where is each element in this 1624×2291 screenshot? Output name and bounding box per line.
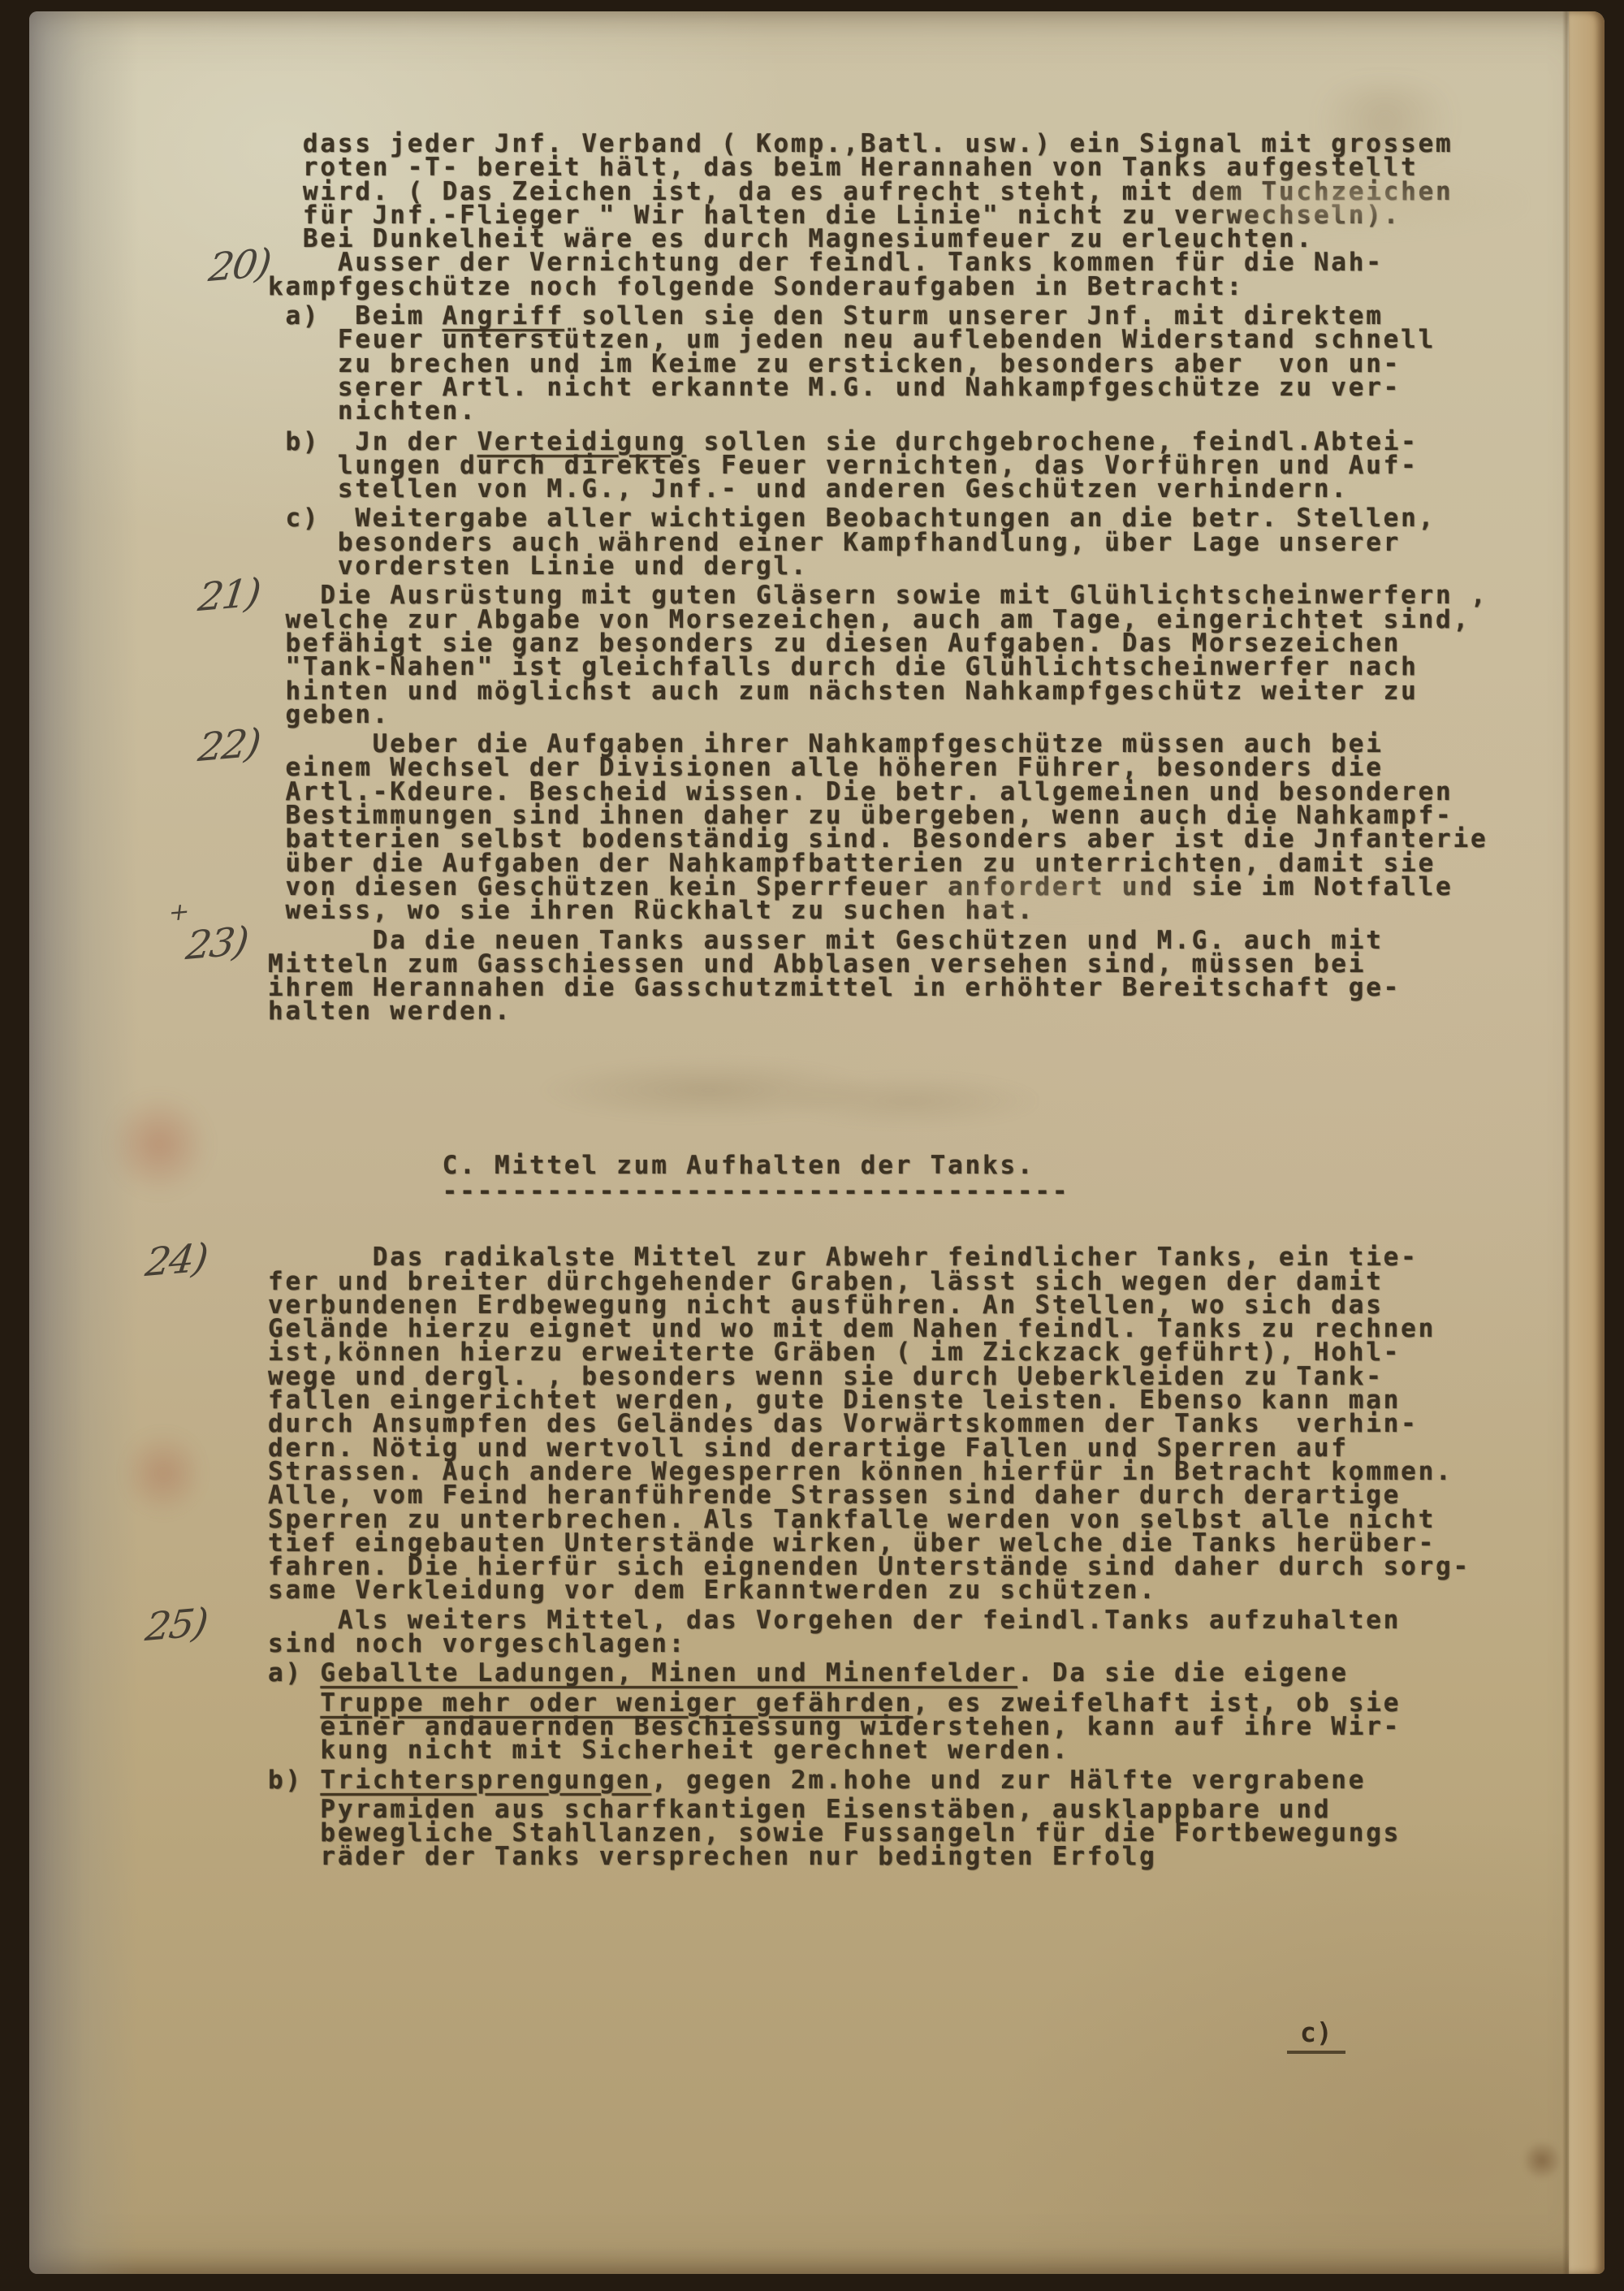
text-line: räder der Tanks versprechen nur bedingte… bbox=[268, 1845, 1488, 1869]
text-line: a) Geballte Ladungen, Minen und Minenfel… bbox=[268, 1662, 1488, 1685]
text-line: kung nicht mit Sicherheit gerechnet werd… bbox=[268, 1739, 1488, 1762]
text-line: nichten. bbox=[268, 400, 1488, 423]
text-segment: vordersten Linie und dergl. bbox=[268, 551, 808, 581]
underlined-phrase: Trichtersprengungen bbox=[320, 1766, 651, 1795]
handwritten-margin-number: 22) bbox=[196, 724, 261, 767]
text-segment: , gegen 2m.hohe und zur Hälfte vergraben… bbox=[651, 1766, 1366, 1795]
text-line: stellen von M.G., Jnf.- und anderen Gesc… bbox=[268, 478, 1488, 501]
text-line: halten werden. bbox=[268, 1000, 1488, 1023]
text-segment: geben. bbox=[268, 700, 390, 729]
text-segment: ------------------------------------ bbox=[268, 1177, 1069, 1206]
paper-stain bbox=[1523, 2139, 1561, 2181]
text-segment: same Verkleidung vor dem Erkanntwerden z… bbox=[268, 1576, 1157, 1605]
page-left-edge-shadow bbox=[29, 11, 139, 2274]
document-page: dass jeder Jnf. Verband ( Komp.,Batl. us… bbox=[29, 11, 1605, 2274]
text-line: kampfgeschütze noch folgende Sonderaufga… bbox=[268, 275, 1488, 299]
text-line: hinten und möglichst auch zum nächsten N… bbox=[268, 680, 1488, 703]
scanned-document-photo: dass jeder Jnf. Verband ( Komp.,Batl. us… bbox=[0, 0, 1624, 2291]
text-segment: räder der Tanks versprechen nur bedingte… bbox=[268, 1842, 1157, 1871]
text-segment: . Da sie die eigene bbox=[1017, 1658, 1349, 1688]
handwritten-margin-number: + bbox=[167, 900, 189, 926]
text-segment: C. Mittel zum Aufhalten der Tanks. bbox=[268, 1151, 1034, 1180]
section-heading-underline: ------------------------------------ bbox=[268, 1180, 1488, 1204]
typewritten-text: dass jeder Jnf. Verband ( Komp.,Batl. us… bbox=[268, 132, 1488, 1870]
text-segment: kampfgeschütze noch folgende Sonderaufga… bbox=[268, 272, 1244, 301]
handwritten-margin-number: 25) bbox=[143, 1603, 209, 1647]
text-segment: a) bbox=[268, 1658, 320, 1688]
text-line: geben. bbox=[268, 703, 1488, 727]
handwritten-margin-number: 20) bbox=[206, 244, 272, 287]
page-fold-crease bbox=[1562, 11, 1570, 2274]
handwritten-margin-number: 24) bbox=[143, 1238, 209, 1282]
catchword: c) bbox=[1287, 2019, 1345, 2054]
text-segment: halten werden. bbox=[268, 996, 512, 1026]
text-segment: weiss, wo sie ihren Rückhalt zu suchen h… bbox=[268, 896, 1034, 925]
text-line: same Verkleidung vor dem Erkanntwerden z… bbox=[268, 1579, 1488, 1602]
handwritten-margin-number: 23) bbox=[184, 921, 249, 965]
underlined-phrase: Geballte Ladungen, Minen und Minenfelder bbox=[320, 1658, 1017, 1688]
text-line: weiss, wo sie ihren Rückhalt zu suchen h… bbox=[268, 899, 1488, 923]
text-segment: nichten. bbox=[268, 396, 477, 426]
handwritten-margin-number: 21) bbox=[196, 573, 261, 617]
text-segment: kung nicht mit Sicherheit gerechnet werd… bbox=[268, 1736, 1069, 1765]
text-segment: sind noch vorgeschlagen: bbox=[268, 1629, 686, 1658]
section-heading: C. Mittel zum Aufhalten der Tanks. bbox=[268, 1154, 1488, 1178]
text-segment: hinten und möglichst auch zum nächsten N… bbox=[268, 676, 1419, 706]
text-line: sind noch vorgeschlagen: bbox=[268, 1632, 1488, 1656]
text-segment: b) bbox=[268, 1766, 320, 1795]
page-right-edge bbox=[1569, 11, 1605, 2274]
text-line: vordersten Linie und dergl. bbox=[268, 555, 1488, 578]
text-line: b) Trichtersprengungen, gegen 2m.hohe un… bbox=[268, 1769, 1488, 1792]
text-segment: stellen von M.G., Jnf.- und anderen Gesc… bbox=[268, 474, 1349, 504]
